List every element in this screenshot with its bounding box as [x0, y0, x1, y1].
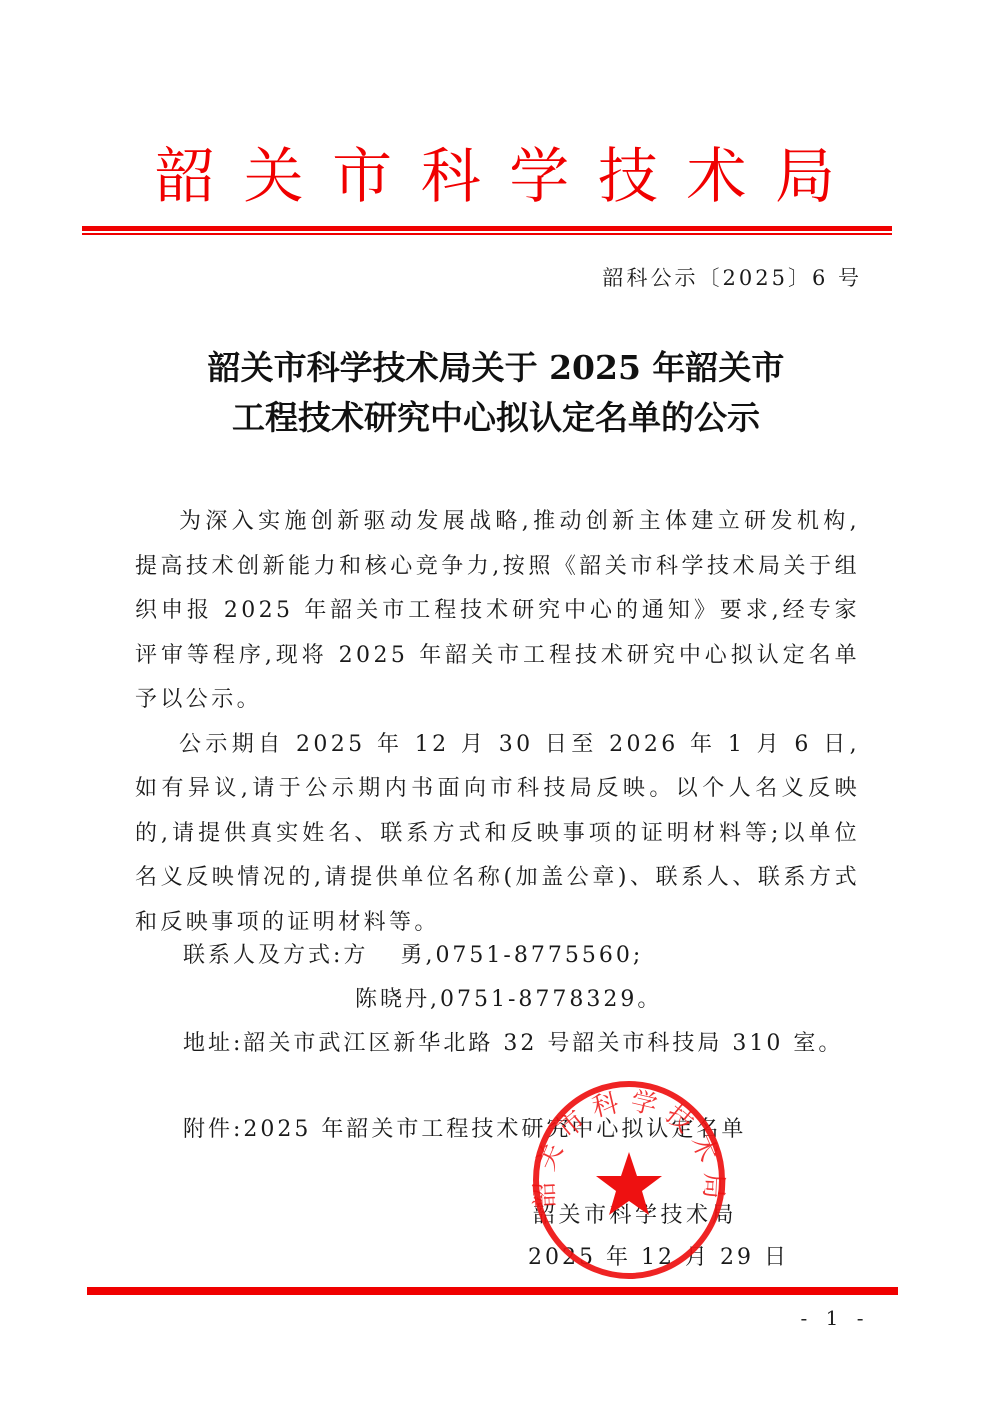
- letterhead-char: 技: [593, 140, 663, 214]
- contact-phone: 0751-8775560;: [435, 943, 643, 968]
- letterhead-char: 关: [239, 140, 309, 214]
- contact-line-secondary: 陈晓丹,0751-8778329。: [355, 978, 662, 1022]
- document-title-line-1: 韶关市科学技术局关于 2025 年韶关市: [100, 343, 892, 393]
- page-number: - 1 -: [800, 1303, 870, 1333]
- document-number: 韶科公示〔2025〕6 号: [603, 262, 862, 294]
- contact-line-primary: 联系人及方式:方勇,0751-8775560;: [183, 934, 643, 978]
- letterhead-agency-name: 韶 关 市 科 学 技 术 局: [150, 140, 840, 214]
- body-paragraph: 为深入实施创新驱动发展战略,推动创新主体建立研发机构,提高技术创新能力和核心竞争…: [135, 500, 860, 723]
- letterhead-char: 韶: [150, 140, 220, 214]
- contact-given-name: 勇,: [400, 943, 435, 968]
- letterhead-char: 局: [770, 140, 840, 214]
- letterhead-char: 科: [416, 140, 486, 214]
- letterhead-char: 学: [504, 140, 574, 214]
- letterhead-rule-thick: [82, 226, 892, 231]
- letterhead-rule-thin: [82, 233, 892, 235]
- signature-date: 2025 年 12 月 29 日: [528, 1236, 789, 1280]
- contact-label: 联系人及方式:: [183, 943, 343, 968]
- footer-rule: [87, 1287, 898, 1295]
- address-line: 地址:韶关市武江区新华北路 32 号韶关市科技局 310 室。: [183, 1022, 843, 1066]
- letterhead-char: 术: [681, 140, 751, 214]
- body-paragraph: 公示期自 2025 年 12 月 30 日至 2026 年 1 月 6 日,如有…: [135, 723, 860, 946]
- document-body: 为深入实施创新驱动发展战略,推动创新主体建立研发机构,提高技术创新能力和核心竞争…: [135, 500, 860, 945]
- letterhead-char: 市: [327, 140, 397, 214]
- signature-agency: 韶关市科学技术局: [533, 1194, 737, 1238]
- attachment-line: 附件:2025 年韶关市工程技术研究中心拟认定名单: [183, 1108, 746, 1152]
- document-title-line-2: 工程技术研究中心拟认定名单的公示: [100, 393, 892, 443]
- contact-surname: 方: [343, 943, 368, 968]
